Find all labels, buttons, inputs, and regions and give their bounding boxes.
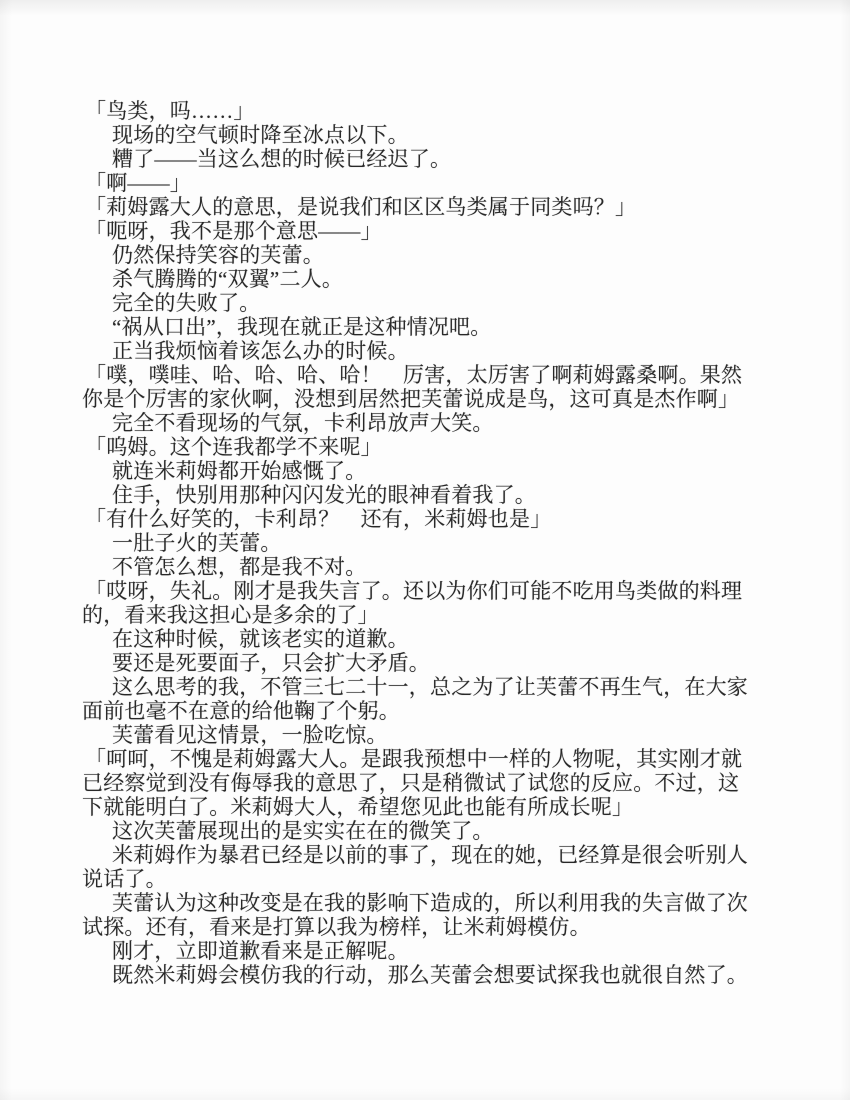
text-line: 一肚子火的芙蕾。 <box>82 531 772 555</box>
text-line: 「呵呵，不愧是莉姆露大人。是跟我预想中一样的人物呢，其实刚才就 <box>82 747 772 771</box>
text-line: 「哎呀，失礼。刚才是我失言了。还以为你们可能不吃用鸟类做的料理 <box>82 579 772 603</box>
text-line: 说话了。 <box>82 867 772 891</box>
text-line: 的，看来我这担心是多余的了」 <box>82 603 772 627</box>
text-line: 面前也毫不在意的给他鞠了个躬。 <box>82 699 772 723</box>
text-line: 不管怎么想，都是我不对。 <box>82 555 772 579</box>
text-line: 完全不看现场的气氛，卡利昂放声大笑。 <box>82 411 772 435</box>
text-line: 芙蕾认为这种改变是在我的影响下造成的，所以利用我的失言做了次 <box>82 891 772 915</box>
text-line: 杀气腾腾的“双翼”二人。 <box>82 267 772 291</box>
text-line: 你是个厉害的家伙啊，没想到居然把芙蕾说成是鸟，这可真是杰作啊」 <box>82 387 772 411</box>
text-line: 这么思考的我，不管三七二十一，总之为了让芙蕾不再生气，在大家 <box>82 675 772 699</box>
text-line: 试探。还有，看来是打算以我为榜样，让米莉姆模仿。 <box>82 915 772 939</box>
text-line: 芙蕾看见这情景，一脸吃惊。 <box>82 723 772 747</box>
text-line: 「呜姆。这个连我都学不来呢」 <box>82 435 772 459</box>
text-line: 既然米莉姆会模仿我的行动，那么芙蕾会想要试探我也就很自然了。 <box>82 963 772 987</box>
text-line: 下就能明白了。米莉姆大人，希望您见此也能有所成长呢」 <box>82 795 772 819</box>
text-line: 「鸟类，吗……」 <box>82 99 772 123</box>
text-line: 完全的失败了。 <box>82 291 772 315</box>
text-line: 这次芙蕾展现出的是实实在在的微笑了。 <box>82 819 772 843</box>
text-line: 住手，快别用那种闪闪发光的眼神看着我了。 <box>82 483 772 507</box>
text-line: “祸从口出”，我现在就正是这种情况吧。 <box>82 315 772 339</box>
text-line: 仍然保持笑容的芙蕾。 <box>82 243 772 267</box>
page-text: 「鸟类，吗……」现场的空气顿时降至冰点以下。糟了——当这么想的时候已经迟了。「啊… <box>82 99 772 987</box>
text-line: 「啊——」 <box>82 171 772 195</box>
text-line: 「有什么好笑的，卡利昂？ 还有，米莉姆也是」 <box>82 507 772 531</box>
text-line: 现场的空气顿时降至冰点以下。 <box>82 123 772 147</box>
text-line: 刚才，立即道歉看来是正解呢。 <box>82 939 772 963</box>
text-line: 「呃呀，我不是那个意思——」 <box>82 219 772 243</box>
text-line: 糟了——当这么想的时候已经迟了。 <box>82 147 772 171</box>
text-line: 「噗，噗哇、哈、哈、哈、哈！ 厉害，太厉害了啊莉姆露桑啊。果然 <box>82 363 772 387</box>
text-line: 「莉姆露大人的意思，是说我们和区区鸟类属于同类吗？」 <box>82 195 772 219</box>
text-line: 已经察觉到没有侮辱我的意思了，只是稍微试了试您的反应。不过，这 <box>82 771 772 795</box>
text-line: 米莉姆作为暴君已经是以前的事了，现在的她，已经算是很会听别人 <box>82 843 772 867</box>
text-line: 正当我烦恼着该怎么办的时候。 <box>82 339 772 363</box>
text-line: 在这种时候，就该老实的道歉。 <box>82 627 772 651</box>
text-line: 就连米莉姆都开始感慨了。 <box>82 459 772 483</box>
text-line: 要还是死要面子，只会扩大矛盾。 <box>82 651 772 675</box>
scanned-novel-page: 「鸟类，吗……」现场的空气顿时降至冰点以下。糟了——当这么想的时候已经迟了。「啊… <box>0 0 850 1100</box>
